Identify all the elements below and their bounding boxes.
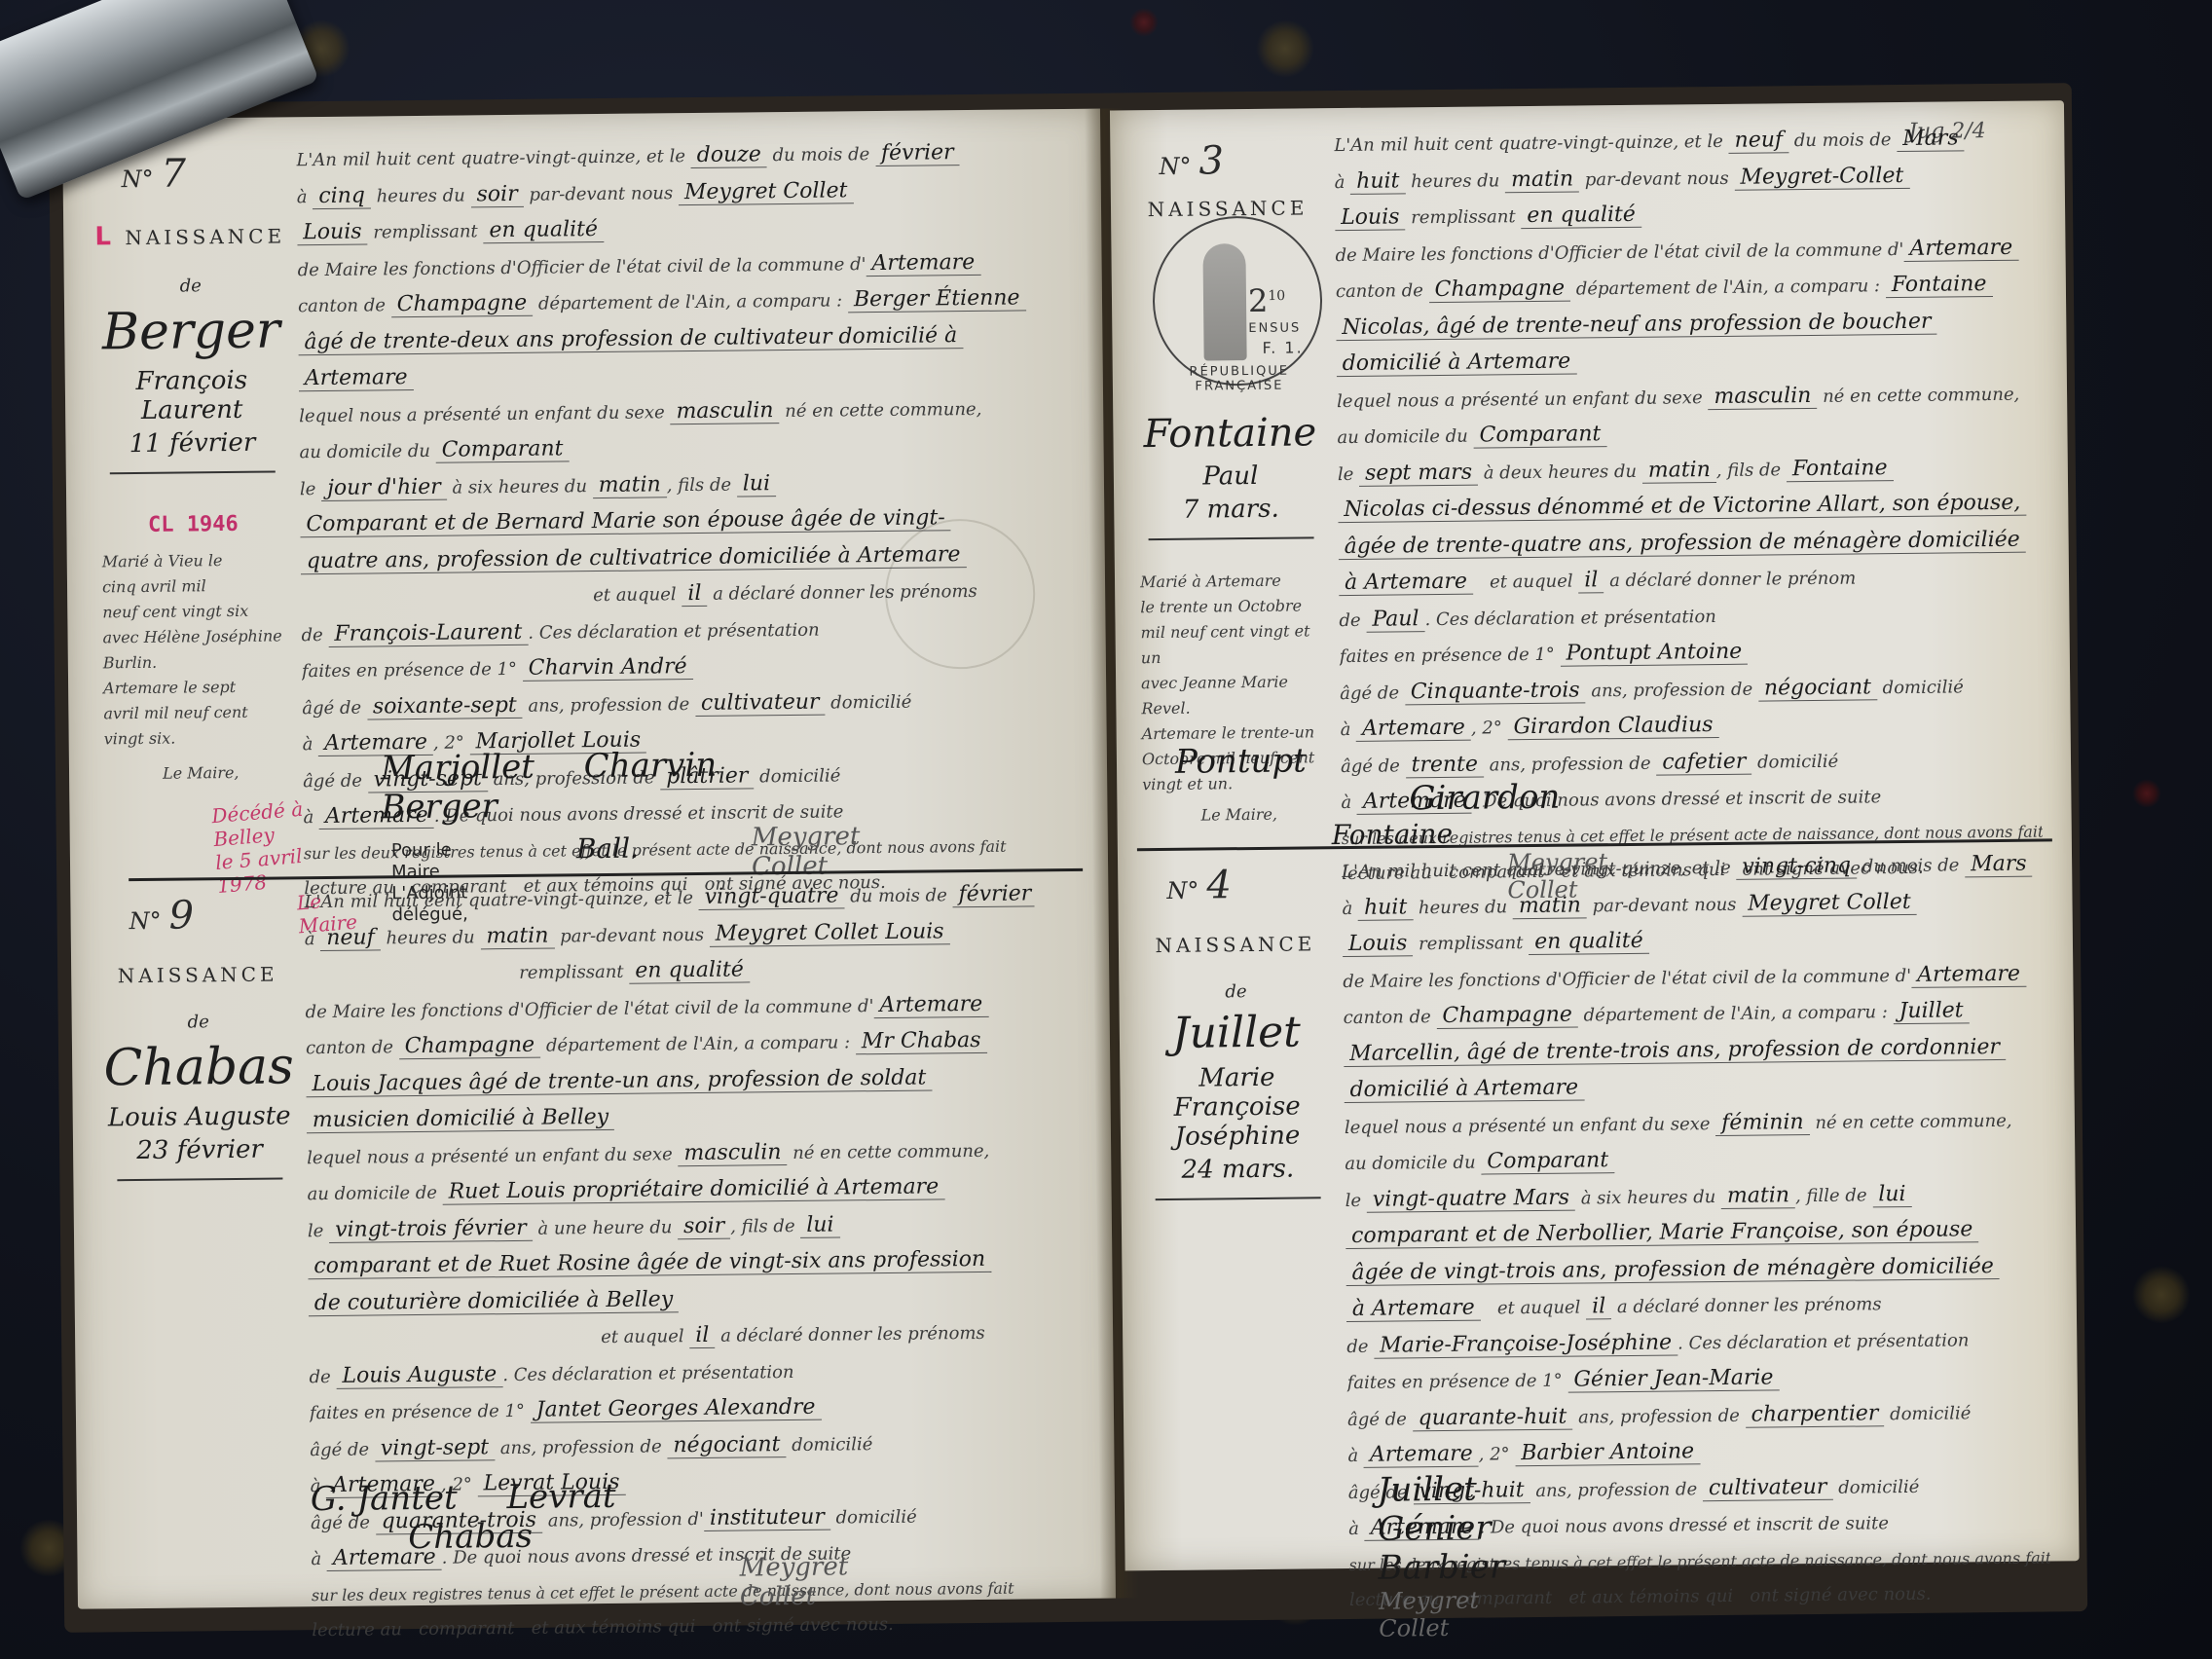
signatures: G. Jantet Levrat Chabas Meygret Collet: [311, 1474, 849, 1616]
child-given-names: François Laurent: [94, 365, 290, 425]
child-given-names: Louis Auguste: [102, 1101, 297, 1132]
birth-date: 24 mars.: [1140, 1154, 1335, 1185]
entry-margin: N°7 L NAISSANCE de Berger François Laure…: [92, 150, 293, 787]
entry-number: N°3: [1129, 137, 1324, 184]
margin-rule: [1149, 536, 1314, 540]
margin-rule: [1156, 1197, 1321, 1200]
open-register-book: N°7 L NAISSANCE de Berger François Laure…: [49, 83, 2087, 1633]
birth-date: 11 février: [94, 427, 289, 459]
entry-kind: NAISSANCE: [100, 962, 295, 987]
entry-kind: NAISSANCE: [1138, 932, 1333, 957]
birth-date: 7 mars.: [1133, 494, 1328, 525]
de-label: de: [93, 275, 288, 297]
signatures: Juillet Génier Barbier Meygret Collet: [1378, 1469, 1545, 1645]
adjoint-signature: Ball.: [576, 832, 639, 866]
fiscal-stamp: RÉPUBLIQUE FRANÇAISE 210 ENSUS F. 1.: [1152, 215, 1323, 387]
cloth-flower-pattern: [2132, 779, 2161, 808]
right-page: Jug 2/4 N°3 NAISSANCE Fontaine Paul 7 ma…: [1110, 100, 2080, 1570]
margin-rule: [117, 1177, 282, 1181]
stamp-price: 210: [1248, 282, 1286, 319]
child-surname: Chabas: [101, 1037, 297, 1097]
entry-kind: L NAISSANCE: [92, 220, 287, 251]
birth-date: 23 février: [102, 1134, 297, 1165]
marianne-figure-icon: [1202, 243, 1246, 360]
entry-margin: N°9 NAISSANCE de Chabas Louis Auguste 23…: [99, 892, 297, 1181]
entry-margin: N°4 NAISSANCE de Juillet Marie Françoise…: [1137, 862, 1336, 1200]
child-surname: Fontaine: [1132, 410, 1327, 457]
cloth-flower-pattern: [1129, 8, 1159, 37]
de-label: de: [101, 1011, 296, 1033]
de-label: de: [1138, 980, 1333, 1003]
red-mark: L: [94, 222, 115, 251]
child-surname: Juillet: [1139, 1007, 1335, 1058]
cl-stamp: CL 1946: [95, 511, 290, 537]
child-surname: Berger: [93, 301, 289, 361]
cloth-flower-pattern: [2132, 1266, 2191, 1324]
entry-number: N°4: [1137, 862, 1332, 908]
entry-number: N°9: [99, 892, 294, 939]
cloth-flower-pattern: [1256, 19, 1314, 78]
child-given-names: Paul: [1133, 461, 1328, 492]
margin-rule: [110, 471, 276, 475]
child-given-names: Marie Françoise Joséphine: [1139, 1062, 1335, 1152]
left-page: N°7 L NAISSANCE de Berger François Laure…: [62, 109, 1116, 1609]
marriage-note: Marié à Vieu le cinq avril mil neuf cent…: [96, 547, 294, 787]
